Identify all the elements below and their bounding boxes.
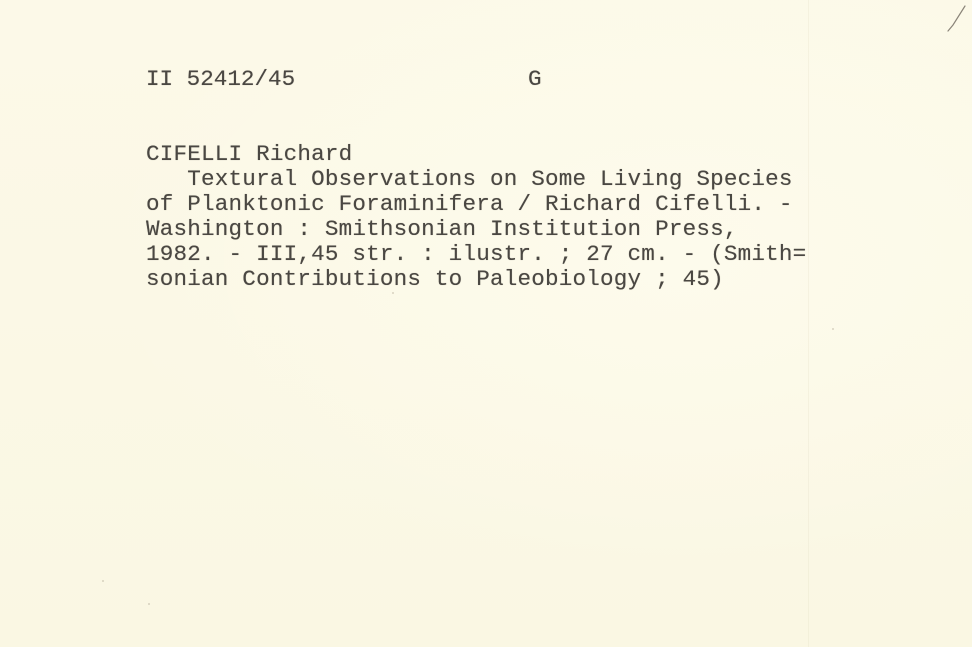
series-line: sonian Contributions to Paleobiology ; 4…	[146, 267, 724, 292]
title-line: of Planktonic Foraminifera / Richard Cif…	[146, 192, 793, 217]
paper-crease	[808, 0, 809, 647]
paper-speck	[832, 328, 834, 330]
paper-speck	[102, 580, 104, 582]
publication-line: Washington : Smithsonian Institution Pre…	[146, 217, 738, 242]
pencil-mark-icon	[945, 5, 967, 33]
call-number: II 52412/45	[146, 66, 295, 92]
location-code: G	[528, 66, 542, 92]
catalog-card: II 52412/45 G CIFELLI Richard Textural O…	[0, 0, 972, 647]
author-heading: CIFELLI Richard	[146, 142, 352, 167]
physical-description-line: 1982. - III,45 str. : ilustr. ; 27 cm. -…	[146, 242, 806, 267]
title-line: Textural Observations on Some Living Spe…	[146, 167, 793, 192]
paper-speck	[392, 292, 394, 294]
paper-speck	[148, 603, 150, 605]
